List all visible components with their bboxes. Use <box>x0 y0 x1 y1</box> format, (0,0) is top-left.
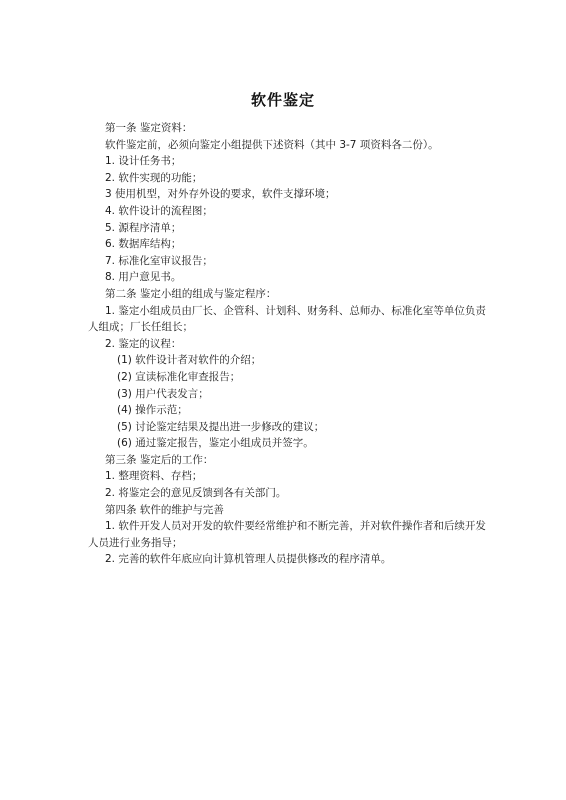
list-item: 2. 鉴定的议程： <box>88 336 488 353</box>
document-body: 第一条 鉴定资料： 软件鉴定前，必须向鉴定小组提供下述资料（其中 3-7 项资料… <box>88 120 488 568</box>
list-item: 5. 源程序清单； <box>88 220 488 237</box>
list-item: 3 使用机型，对外存外设的要求，软件支撑环境； <box>88 186 488 203</box>
list-item: 2. 完善的软件年底应向计算机管理人员提供修改的程序清单。 <box>88 551 488 568</box>
list-item: 8. 用户意见书。 <box>88 269 488 286</box>
paragraph: 软件鉴定前，必须向鉴定小组提供下述资料（其中 3-7 项资料各二份）。 <box>88 137 488 154</box>
article-2-heading: 第二条 鉴定小组的组成与鉴定程序： <box>88 286 488 303</box>
sub-list-item: (3) 用户代表发言； <box>88 386 488 403</box>
sub-list-item: (1) 软件设计者对软件的介绍； <box>88 352 488 369</box>
article-1-heading: 第一条 鉴定资料： <box>88 120 488 137</box>
document-title: 软件鉴定 <box>0 89 566 110</box>
list-item: 1. 软件开发人员对开发的软件要经常维护和不断完善，并对软件操作者和后续开发人员… <box>88 518 488 551</box>
list-item: 2. 将鉴定会的意见反馈到各有关部门。 <box>88 485 488 502</box>
sub-list-item: (5) 讨论鉴定结果及提出进一步修改的建议； <box>88 419 488 436</box>
list-item: 1. 设计任务书； <box>88 153 488 170</box>
list-item: 4. 软件设计的流程图； <box>88 203 488 220</box>
list-item: 1. 鉴定小组成员由厂长、企管科、计划科、财务科、总师办、标准化室等单位负责人组… <box>88 303 488 336</box>
list-item: 2. 软件实现的功能； <box>88 170 488 187</box>
sub-list-item: (6) 通过鉴定报告，鉴定小组成员并签字。 <box>88 435 488 452</box>
list-item: 7. 标准化室审议报告； <box>88 253 488 270</box>
article-4-heading: 第四条 软件的维护与完善 <box>88 502 488 519</box>
sub-list-item: (4) 操作示范； <box>88 402 488 419</box>
list-item: 1. 整理资料、存档； <box>88 468 488 485</box>
list-item: 6. 数据库结构； <box>88 236 488 253</box>
sub-list-item: (2) 宣读标准化审查报告； <box>88 369 488 386</box>
article-3-heading: 第三条 鉴定后的工作： <box>88 452 488 469</box>
